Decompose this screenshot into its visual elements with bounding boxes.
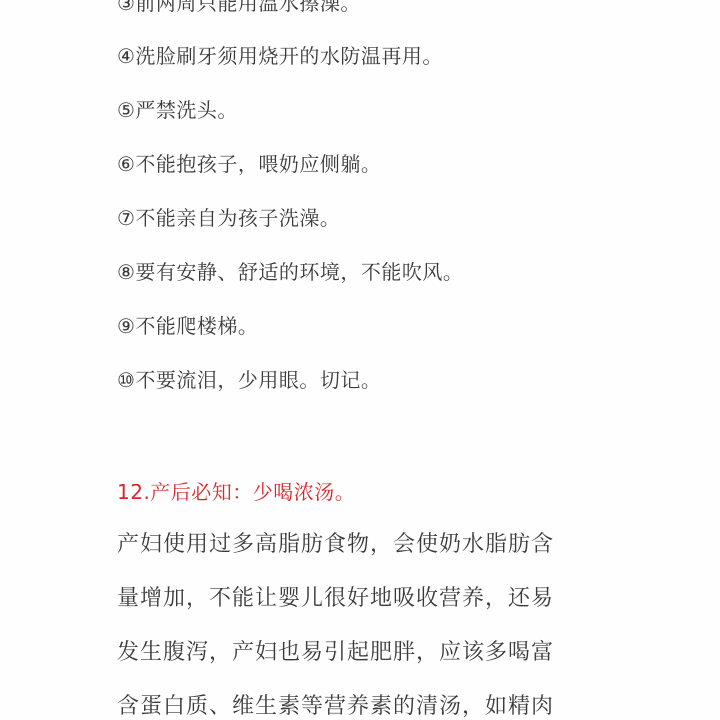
list-item-5: ⑤严禁洗头。: [117, 98, 238, 122]
section-heading: 12.产后必知：少喝浓汤。: [117, 480, 355, 504]
list-item-9: ⑨不能爬楼梯。: [117, 314, 258, 338]
list-item-8: ⑧要有安静、舒适的环境，不能吹风。: [117, 260, 463, 284]
list-item-3: ③前两周只能用温水擦澡。: [117, 0, 361, 15]
list-item-7: ⑦不能亲自为孩子洗澡。: [117, 206, 340, 230]
paragraph-line: 发生腹泻，产妇也易引起肥胖，应该多喝富: [117, 640, 554, 666]
article-page: ③前两周只能用温水擦澡。 ④洗脸刷牙须用烧开的水防温再用。 ⑤严禁洗头。 ⑥不能…: [0, 0, 720, 720]
list-item-10: ⑩不要流泪，少用眼。切记。: [117, 368, 381, 392]
list-item-4: ④洗脸刷牙须用烧开的水防温再用。: [117, 44, 443, 68]
paragraph-line: 含蛋白质、维生素等营养素的清汤，如精肉: [117, 694, 554, 720]
list-item-6: ⑥不能抱孩子，喂奶应侧躺。: [117, 152, 381, 176]
paragraph-line: 产妇使用过多高脂肪食物，会使奶水脂肪含: [117, 532, 554, 558]
paragraph-line: 量增加，不能让婴儿很好地吸收营养，还易: [117, 586, 554, 612]
